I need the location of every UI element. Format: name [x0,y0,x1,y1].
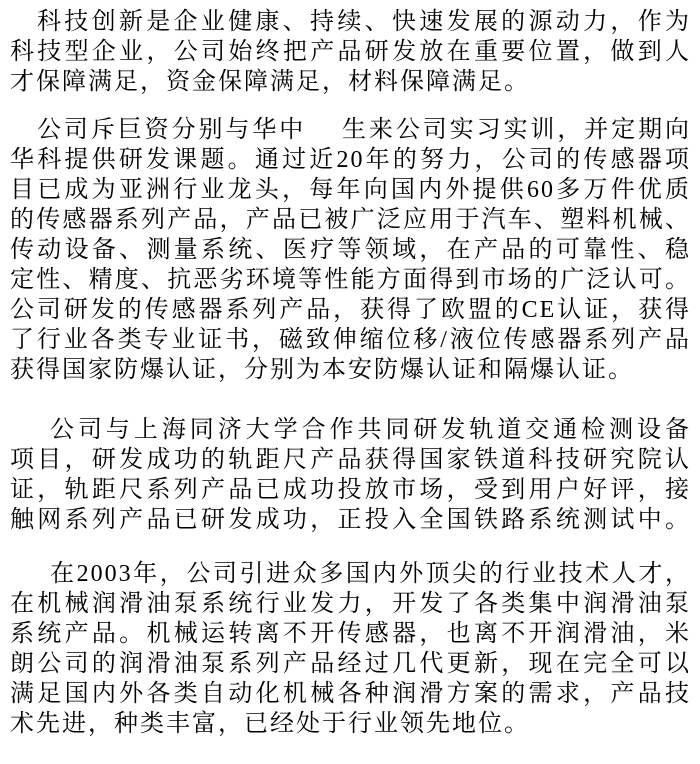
text-line: 了行业各类专业证书，磁致伸缩位移/液位传感器系列产品 [10,325,691,355]
paragraph-rail-transit: 公司与上海同济大学合作共同研发轨道交通检测设备 项目，研发成功的轨距尺产品获得国… [10,415,691,535]
text-line: 的传感器系列产品，产品已被广泛应用于汽车、塑料机械、 [10,205,691,235]
text-line: 证，轨距尺系列产品已成功投放市场，受到用户好评，接 [10,475,691,505]
paragraph-sensor-business: 公司斥巨资分别与华中 生来公司实习实训，并定期向 华科提供研发课题。通过近20年… [10,115,691,385]
text-line: 才保障满足，资金保障满足，材料保障满足。 [10,67,691,97]
text-line: 科技型企业，公司始终把产品研发放在重要位置，做到人 [10,37,691,67]
paragraph-lubrication-pump: 在2003年，公司引进众多国内外顶尖的行业技术人才， 在机械润滑油泵系统行业发力… [10,559,691,739]
document-page: 科技创新是企业健康、持续、快速发展的源动力，作为 科技型企业，公司始终把产品研发… [0,0,700,764]
text-line: 系统产品。机械运转离不开传感器，也离不开润滑油，米 [10,619,691,649]
text-line: 目已成为亚洲行业龙头，每年向国内外提供60多万件优质 [10,175,691,205]
text-line: 定性、精度、抗恶劣环境等性能方面得到市场的广泛认可。 [10,265,691,295]
text-line: 满足国内外各类自动化机械各种润滑方案的需求，产品技 [10,679,691,709]
text-line: 科技创新是企业健康、持续、快速发展的源动力，作为 [10,7,691,37]
paragraph-tech-innovation: 科技创新是企业健康、持续、快速发展的源动力，作为 科技型企业，公司始终把产品研发… [10,7,691,97]
text-line: 传动设备、测量系统、医疗等领域，在产品的可靠性、稳 [10,235,691,265]
text-line: 公司斥巨资分别与华中 生来公司实习实训，并定期向 [10,115,691,145]
text-line: 华科提供研发课题。通过近20年的努力，公司的传感器项 [10,145,691,175]
text-line: 在2003年，公司引进众多国内外顶尖的行业技术人才， [10,559,691,589]
text-line: 项目，研发成功的轨距尺产品获得国家铁道科技研究院认 [10,445,691,475]
text-line: 术先进，种类丰富，已经处于行业领先地位。 [10,709,691,739]
text-line: 触网系列产品已研发成功，正投入全国铁路系统测试中。 [10,505,691,535]
text-line: 公司研发的传感器系列产品，获得了欧盟的CE认证，获得 [10,295,691,325]
text-line: 在机械润滑油泵系统行业发力，开发了各类集中润滑油泵 [10,589,691,619]
text-line: 公司与上海同济大学合作共同研发轨道交通检测设备 [10,415,691,445]
text-line: 获得国家防爆认证，分别为本安防爆认证和隔爆认证。 [10,355,691,385]
text-line: 朗公司的润滑油泵系列产品经过几代更新，现在完全可以 [10,649,691,679]
